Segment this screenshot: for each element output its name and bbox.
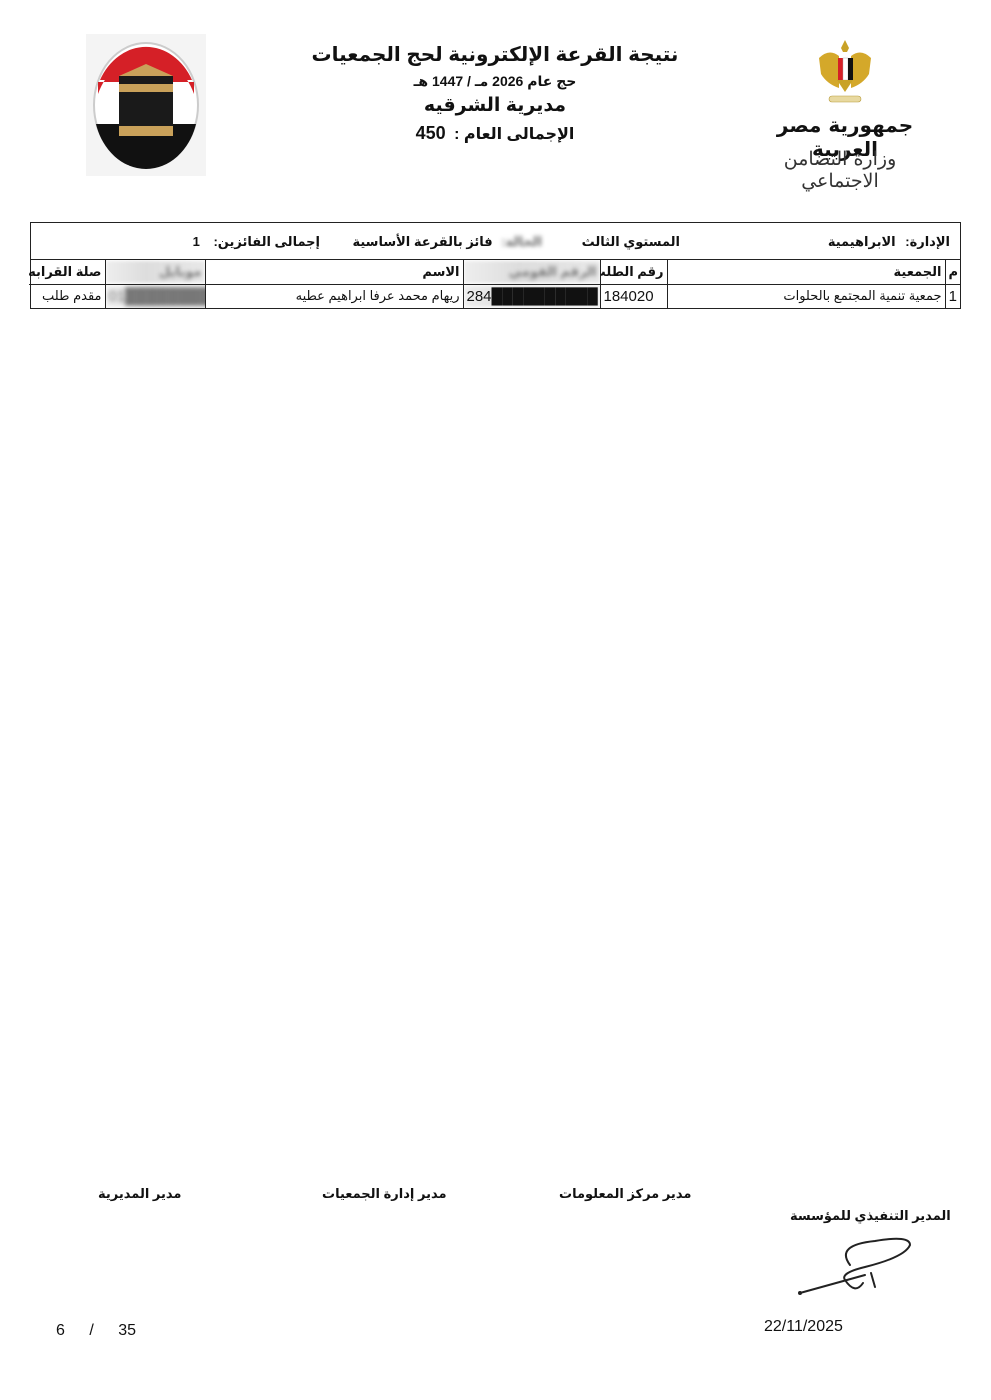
status-value: فائز بالقرعة الأساسية <box>352 234 492 249</box>
page-total: 35 <box>118 1322 136 1339</box>
row-name: ريهام محمد عرفا ابراهيم عطيه <box>205 284 463 308</box>
signatory-directorate-manager: مدير المديرية <box>98 1186 181 1202</box>
grand-total-label: الإجمالى العام : <box>454 126 574 143</box>
status-label: الحالة: <box>501 234 542 249</box>
table-row: 1 جمعية تنمية المجتمع بالحلوات 184020 28… <box>29 284 960 308</box>
col-national-id: الرقم القومي <box>463 260 600 284</box>
signatory-associations-manager: مدير إدارة الجمعيات <box>322 1186 447 1202</box>
row-index: 1 <box>945 284 960 308</box>
directorate-name: مديرية الشرقيه <box>300 92 690 120</box>
row-mobile: 01█████████ <box>105 284 205 308</box>
col-relation: صلة القرابه <box>29 260 105 284</box>
page-current: 6 <box>56 1322 65 1339</box>
col-request-number: رقم الطلب <box>600 260 667 284</box>
row-national-id: 284██████████ <box>463 284 600 308</box>
signatory-executive-director: المدير التنفيذي للمؤسسة <box>790 1208 951 1224</box>
level: المستوي الثالث <box>582 234 680 250</box>
filter-info-row: الإدارة: الابراهيمية المستوي الثالث الحا… <box>31 223 960 260</box>
row-relation: مقدم طلب <box>29 284 105 308</box>
col-name: الاسم <box>205 260 463 284</box>
status: الحالة: فائز بالقرعة الأساسية <box>352 234 542 250</box>
col-mobile: موبايل <box>105 260 205 284</box>
document-title-block: نتيجة القرعة الإلكترونية لحج الجمعيات حج… <box>300 40 690 148</box>
hajj-ministry-logo <box>86 34 206 176</box>
grand-total: الإجمالى العام : 450 <box>300 120 690 148</box>
document-title: نتيجة القرعة الإلكترونية لحج الجمعيات <box>300 40 690 70</box>
signatory-info-center-manager: مدير مركز المعلومات <box>559 1186 691 1202</box>
kaaba-logo-icon <box>86 34 206 176</box>
administration: الإدارة: الابراهيمية <box>828 234 950 250</box>
page-separator: / <box>89 1322 93 1339</box>
results-table: الإدارة: الابراهيمية المستوي الثالث الحا… <box>30 222 961 309</box>
hajj-year: حج عام 2026 مـ / 1447 هـ <box>300 70 690 92</box>
row-association: جمعية تنمية المجتمع بالحلوات <box>667 284 945 308</box>
row-request-number: 184020 <box>600 284 667 308</box>
handwritten-signature-icon <box>795 1235 920 1300</box>
page-number: 6 / 35 <box>56 1322 136 1340</box>
col-association: الجمعية <box>667 260 945 284</box>
document-date: 22/11/2025 <box>764 1318 843 1336</box>
ministry-name: وزارة التضامن الاجتماعي <box>760 148 920 192</box>
col-index: م <box>945 260 960 284</box>
table-header-row: م الجمعية رقم الطلب الرقم القومي الاسم م… <box>29 260 960 284</box>
winners-total: إجمالى الفائزين: 1 <box>193 234 320 250</box>
grand-total-value: 450 <box>416 123 446 143</box>
egypt-eagle-emblem-icon <box>815 38 875 108</box>
results-grid: م الجمعية رقم الطلب الرقم القومي الاسم م… <box>29 260 960 308</box>
